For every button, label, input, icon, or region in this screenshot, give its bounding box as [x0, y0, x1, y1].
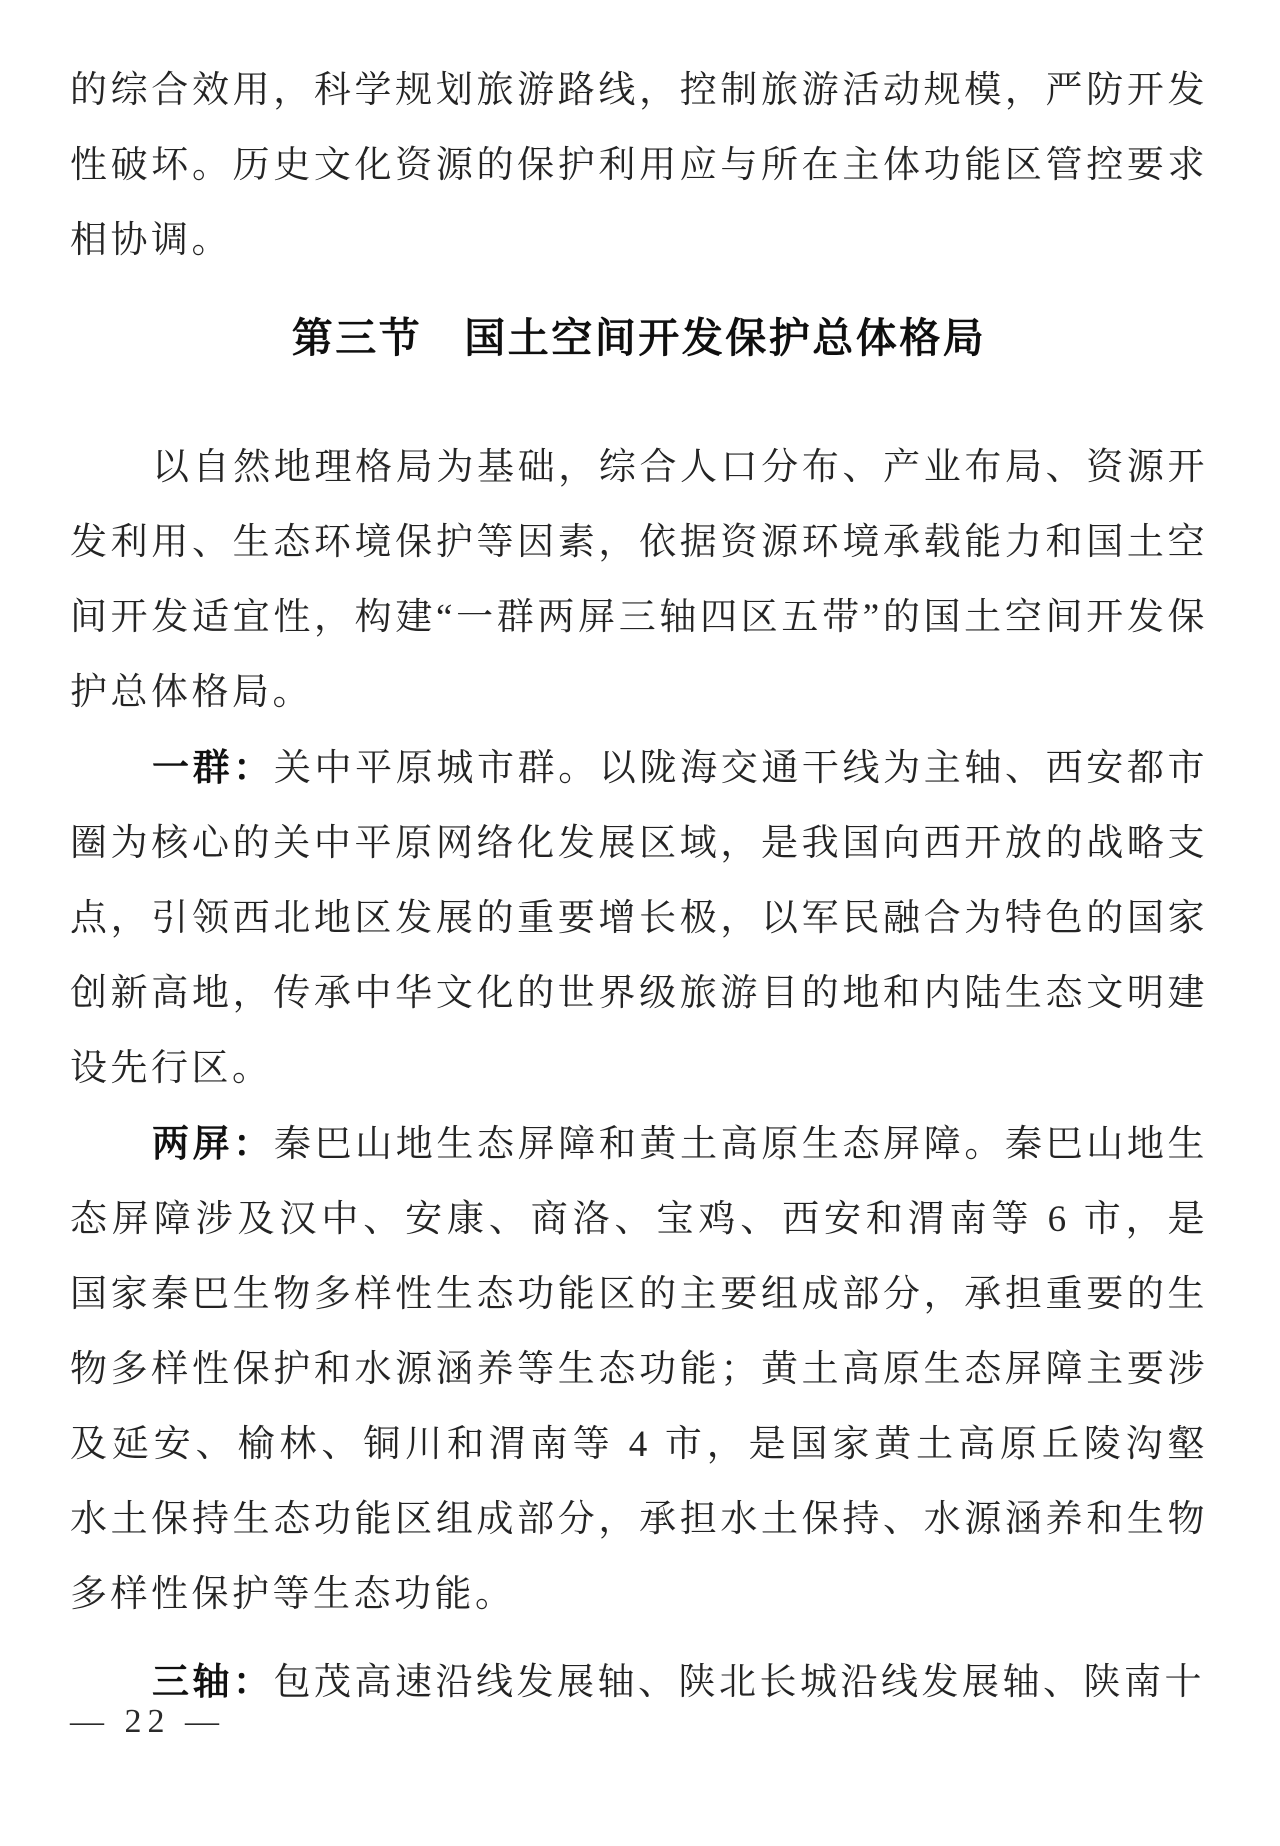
document-body: 的综合效用，科学规划旅游路线，控制旅游活动规模，严防开发性破坏。历史文化资源的保… [70, 53, 1208, 1720]
paragraph-lead: 三轴： [152, 1661, 274, 1702]
paragraph-text: 以自然地理格局为基础，综合人口分布、产业布局、资源开发利用、生态环境保护等因素，… [70, 447, 1208, 713]
paragraph-text: 关中平原城市群。以陇海交通干线为主轴、西安都市圈为核心的关中平原网络化发展区域，… [70, 748, 1208, 1089]
section-heading: 第三节国土空间开发保护总体格局 [70, 301, 1208, 376]
paragraph-continuation: 的综合效用，科学规划旅游路线，控制旅游活动规模，严防开发性破坏。历史文化资源的保… [70, 53, 1208, 278]
paragraph-lead: 两屏： [152, 1123, 274, 1164]
paragraph-yiqun: 一群：关中平原城市群。以陇海交通干线为主轴、西安都市圈为核心的关中平原网络化发展… [70, 730, 1208, 1106]
paragraph-text: 包茂高速沿线发展轴、陕北长城沿线发展轴、陕南十 [274, 1662, 1206, 1703]
paragraph-text: 秦巴山地生态屏障和黄土高原生态屏障。秦巴山地生态屏障涉及汉中、安康、商洛、宝鸡、… [70, 1124, 1208, 1615]
section-heading-title: 国土空间开发保护总体格局 [464, 315, 986, 361]
paragraph-sanzhou: 三轴：包茂高速沿线发展轴、陕北长城沿线发展轴、陕南十 [70, 1644, 1208, 1720]
page-number: — 22 — [70, 1703, 225, 1741]
document-page: 的综合效用，科学规划旅游路线，控制旅游活动规模，严防开发性破坏。历史文化资源的保… [0, 0, 1280, 1846]
paragraph-text: 的综合效用，科学规划旅游路线，控制旅游活动规模，严防开发性破坏。历史文化资源的保… [70, 70, 1208, 261]
paragraph-lead: 一群： [152, 747, 274, 788]
paragraph-liangping: 两屏：秦巴山地生态屏障和黄土高原生态屏障。秦巴山地生态屏障涉及汉中、安康、商洛、… [70, 1106, 1208, 1632]
section-heading-label: 第三节 [292, 315, 423, 361]
paragraph-overview: 以自然地理格局为基础，综合人口分布、产业布局、资源开发利用、生态环境保护等因素，… [70, 430, 1208, 730]
